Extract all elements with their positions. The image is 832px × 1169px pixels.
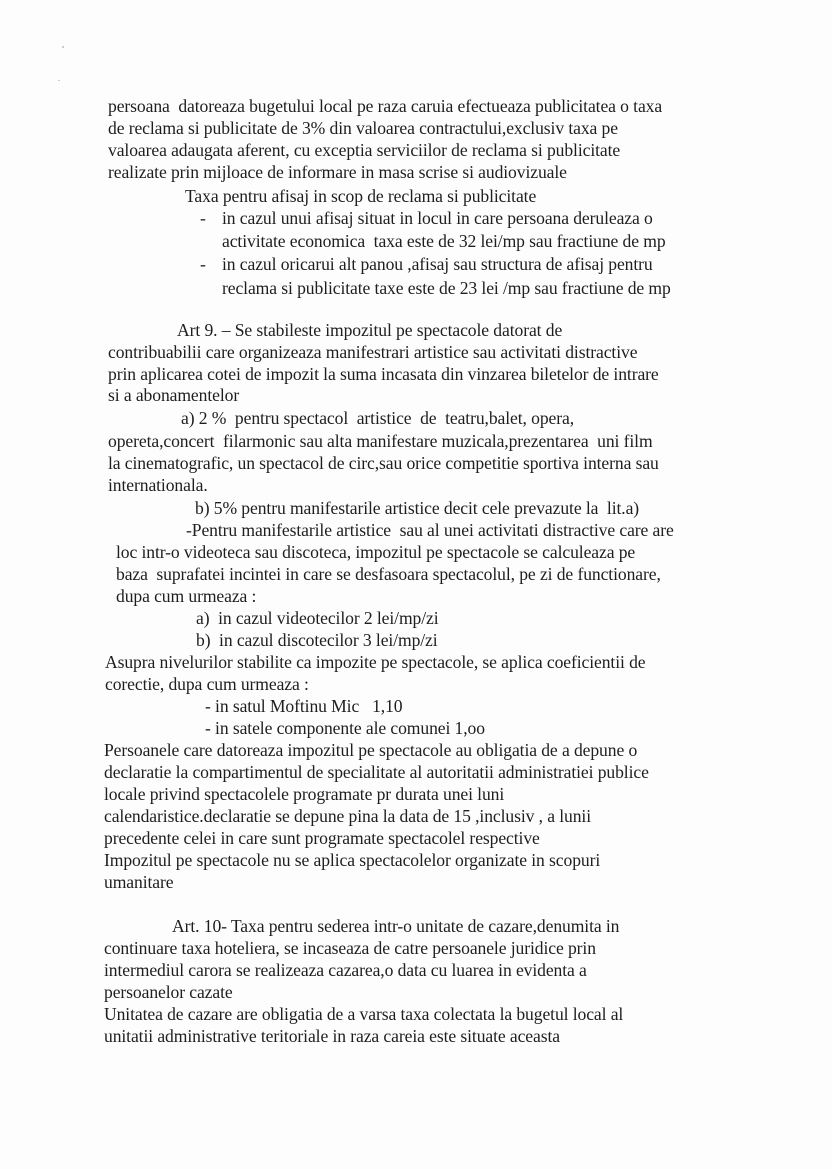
document-text-line: Impozitul pe spectacole nu se aplica spe… xyxy=(104,850,600,870)
document-text-line: opereta,concert filarmonic sau alta mani… xyxy=(108,431,653,451)
document-text-line: valoarea adaugata aferent, cu exceptia s… xyxy=(108,140,620,160)
document-text-line: declaratie la compartimentul de speciali… xyxy=(104,762,649,782)
document-text-line: precedente celei in care sunt programate… xyxy=(104,828,540,848)
scanned-document-page: persoana datoreaza bugetului local pe ra… xyxy=(0,0,832,1169)
document-text-line: Taxa pentru afisaj in scop de reclama si… xyxy=(185,186,536,206)
document-text-line: baza suprafatei incintei in care se desf… xyxy=(116,564,661,584)
document-text-line: - in satul Moftinu Mic 1,10 xyxy=(205,696,402,716)
document-text-line: Unitatea de cazare are obligatia de a va… xyxy=(104,1004,623,1024)
document-text-line: activitate economica taxa este de 32 lei… xyxy=(222,231,666,251)
document-text-line: persoana datoreaza bugetului local pe ra… xyxy=(108,96,662,116)
document-text-line: - xyxy=(200,254,206,274)
document-text-line: umanitare xyxy=(104,872,173,892)
document-text-line: persoanelor cazate xyxy=(104,982,233,1002)
document-text-line: si a abonamentelor xyxy=(108,385,239,405)
scan-speck xyxy=(58,80,60,81)
document-text-line: continuare taxa hoteliera, se incaseaza … xyxy=(104,938,596,958)
document-text-line: b) 5% pentru manifestarile artistice dec… xyxy=(195,498,639,518)
document-text-line: unitatii administrative teritoriale in r… xyxy=(104,1026,560,1046)
document-text-line: - xyxy=(200,208,206,228)
document-text-line: realizate prin mijloace de informare in … xyxy=(108,162,567,182)
document-text-line: Persoanele care datoreaza impozitul pe s… xyxy=(104,740,637,760)
document-text-line: intermediul carora se realizeaza cazarea… xyxy=(104,960,587,980)
document-text-line: loc intr-o videoteca sau discoteca, impo… xyxy=(116,542,635,562)
document-text-line: locale privind spectacolele programate p… xyxy=(104,784,504,804)
document-text-line: calendaristice.declaratie se depune pina… xyxy=(104,806,591,826)
document-text-line: Art 9. – Se stabileste impozitul pe spec… xyxy=(177,320,562,340)
document-text-line: Asupra nivelurilor stabilite ca impozite… xyxy=(105,652,646,672)
document-text-line: internationala. xyxy=(108,475,208,495)
document-text-line: in cazul oricarui alt panou ,afisaj sau … xyxy=(222,254,653,274)
scan-speck xyxy=(62,46,64,48)
document-text-line: dupa cum urmeaza : xyxy=(116,586,256,606)
document-text-line: a) 2 % pentru spectacol artistice de tea… xyxy=(181,408,574,428)
document-text-line: -Pentru manifestarile artistice sau al u… xyxy=(186,520,674,540)
document-text-line: a) in cazul videotecilor 2 lei/mp/zi xyxy=(196,608,439,628)
document-text-line: Art. 10- Taxa pentru sederea intr-o unit… xyxy=(172,916,619,936)
document-text-line: reclama si publicitate taxe este de 23 l… xyxy=(222,278,671,298)
document-text-line: - in satele componente ale comunei 1,oo xyxy=(205,718,485,738)
document-text-line: de reclama si publicitate de 3% din valo… xyxy=(108,118,618,138)
document-text-line: prin aplicarea cotei de impozit la suma … xyxy=(108,364,659,384)
document-text-line: corectie, dupa cum urmeaza : xyxy=(105,674,309,694)
document-text-line: la cinematografic, un spectacol de circ,… xyxy=(108,453,659,473)
document-text-line: contribuabilii care organizeaza manifest… xyxy=(108,342,637,362)
document-text-line: in cazul unui afisaj situat in locul in … xyxy=(222,208,653,228)
document-text-line: b) in cazul discotecilor 3 lei/mp/zi xyxy=(196,630,438,650)
